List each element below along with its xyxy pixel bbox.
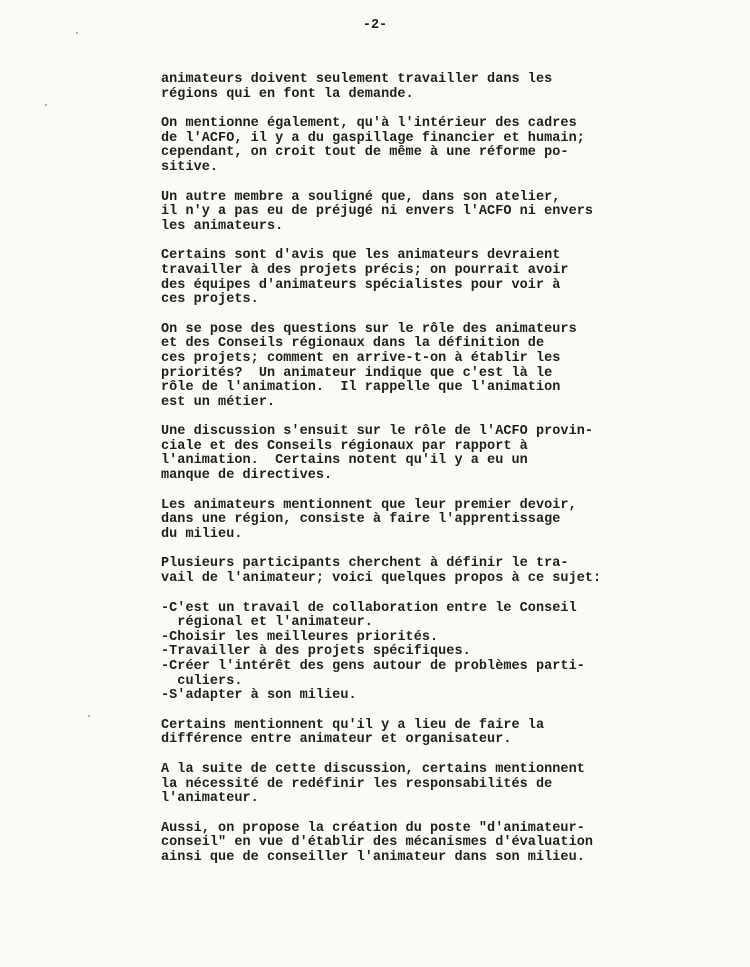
paragraph: A la suite de cette discussion, certains… (161, 763, 641, 807)
paragraph: animateurs doivent seulement travailler … (161, 73, 641, 102)
paragraph: On mentionne également, qu'à l'intérieur… (161, 117, 641, 175)
list-item: -C'est un travail de collaboration entre… (161, 602, 641, 631)
paragraph: Une discussion s'ensuit sur le rôle de l… (161, 425, 641, 483)
list-item: -Créer l'intérêt des gens autour de prob… (161, 660, 641, 689)
list-item: -S'adapter à son milieu. (161, 689, 641, 704)
paper-speck (88, 715, 90, 717)
list-item: -Choisir les meilleures priorités. (161, 631, 641, 646)
paper-speck (76, 32, 78, 34)
paragraph: Un autre membre a souligné que, dans son… (161, 191, 641, 235)
paper-speck (45, 104, 47, 106)
paragraph: Certains mentionnent qu'il y a lieu de f… (161, 719, 641, 748)
propos-list: -C'est un travail de collaboration entre… (161, 602, 641, 704)
paragraph: Certains sont d'avis que les animateurs … (161, 249, 641, 307)
paragraph: Les animateurs mentionnent que leur prem… (161, 499, 641, 543)
paragraph: On se pose des questions sur le rôle des… (161, 323, 641, 411)
paragraph: Plusieurs participants cherchent à défin… (161, 557, 641, 586)
list-item: -Travailler à des projets spécifiques. (161, 645, 641, 660)
paragraph: Aussi, on propose la création du poste "… (161, 822, 641, 866)
document-body: animateurs doivent seulement travailler … (161, 73, 641, 881)
page-number: -2- (0, 18, 750, 33)
